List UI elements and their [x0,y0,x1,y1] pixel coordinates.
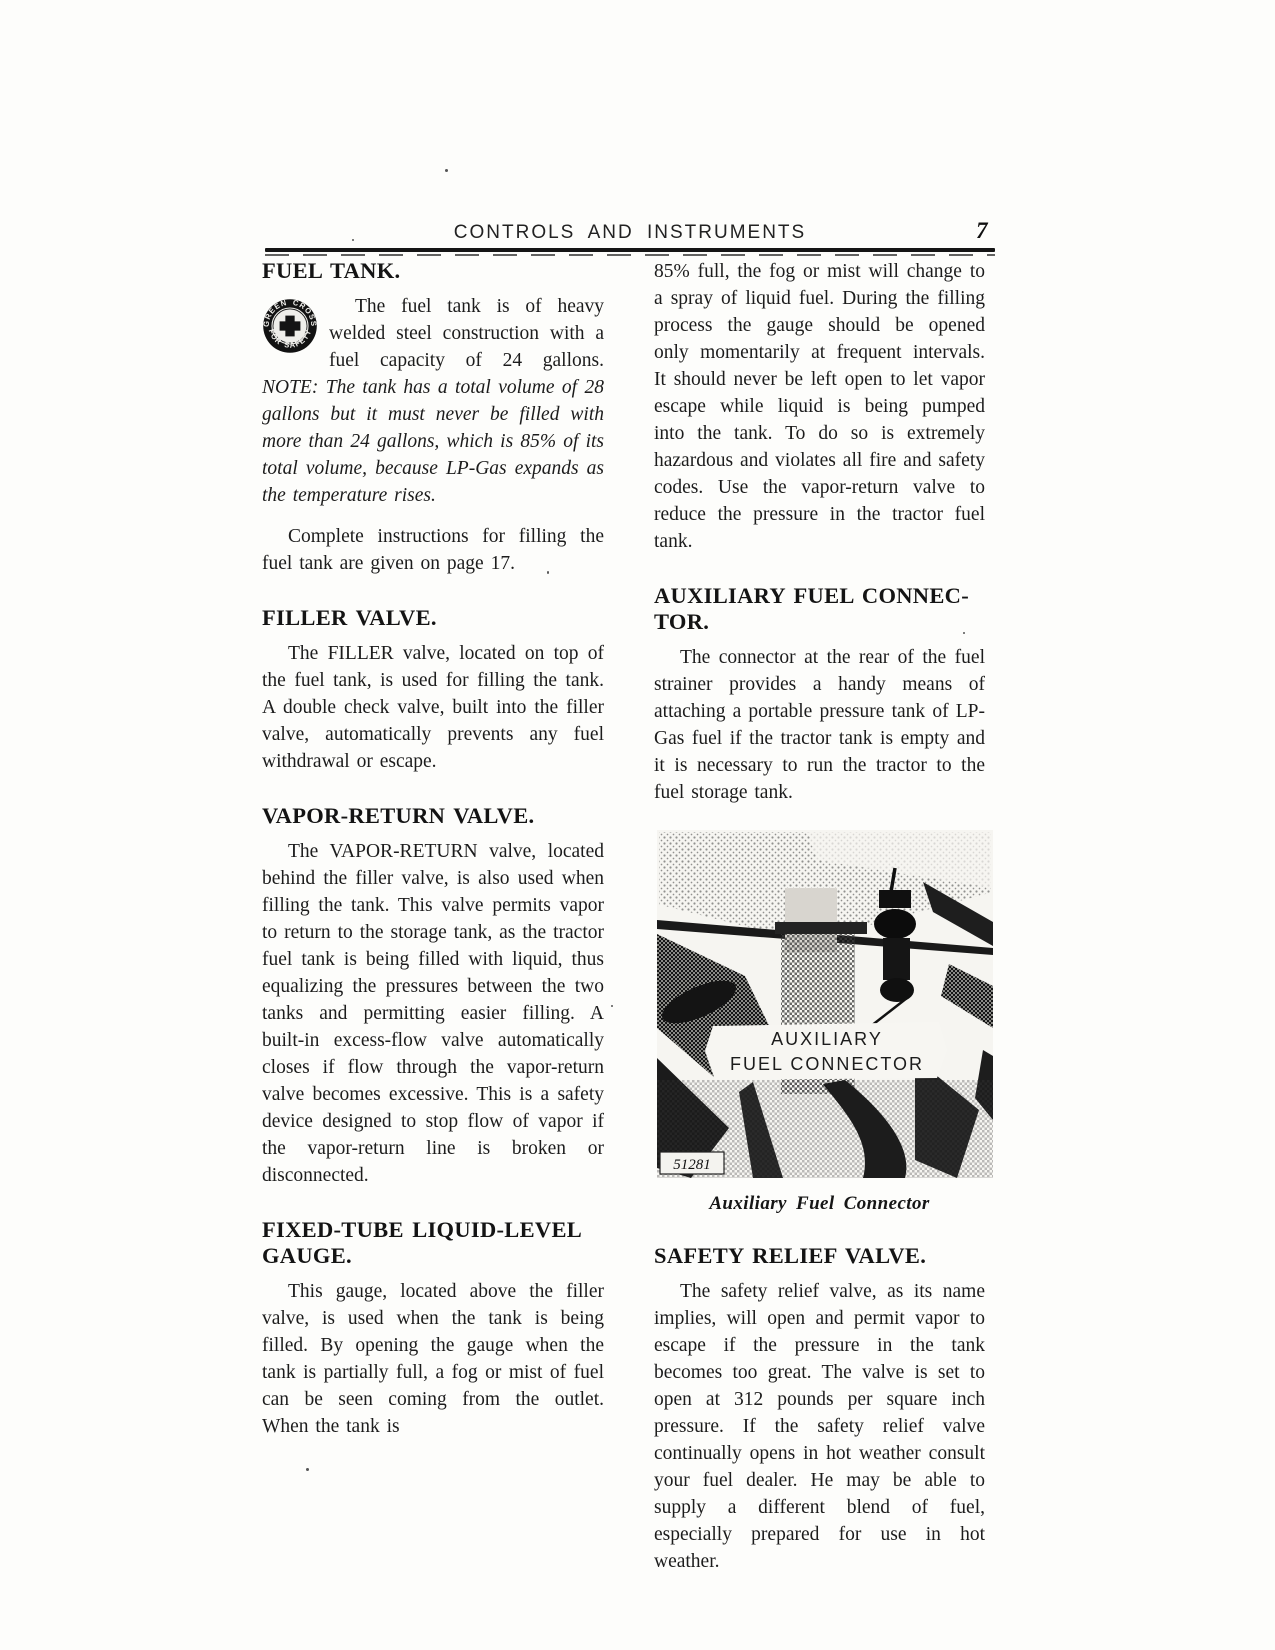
vapor-return-valve-paragraph: The VAPOR-RETURN valve, located behind t… [262,838,604,1189]
scan-speck [963,632,965,634]
fuel-tank-note: NOTE: The tank has a total volume of 28 … [262,377,604,506]
page-number: 7 [976,218,988,244]
heading-line-2: TOR. [654,609,985,635]
heading-line-2: GAUGE. [262,1243,604,1269]
photo-label-line-2: FUEL CONNECTOR [730,1054,924,1074]
header-rule-broken [265,254,995,256]
fuel-tank-text: The fuel tank is of heavy welded steel c… [329,296,604,371]
fuel-tank-paragraph: GREEN CROSS FOR SAFETY The fuel tank is … [262,293,604,509]
scan-speck [445,169,448,172]
heading-line-1: FIXED-TUBE LIQUID-LEVEL [262,1217,604,1243]
auxiliary-fuel-connector-photo: AUXILIARY FUEL CONNECTOR 51281 [657,830,993,1178]
section-heading-filler-valve: FILLER VALVE. [262,605,604,631]
section-heading-vapor-return-valve: VAPOR-RETURN VALVE. [262,803,604,829]
header-rule [265,248,995,252]
section-heading-safety-relief-valve: SAFETY RELIEF VALVE. [654,1243,985,1269]
manual-page: CONTROLS AND INSTRUMENTS 7 FUEL TANK. GR… [0,0,1275,1650]
section-heading-fixed-tube-gauge: FIXED-TUBE LIQUID-LEVEL GAUGE. [262,1217,604,1269]
photo-id: 51281 [673,1157,711,1173]
scan-speck [611,1005,613,1007]
gauge-continuation-paragraph: 85% full, the fog or mist will change to… [654,258,985,555]
photo-caption: Auxiliary Fuel Connector [654,1193,985,1215]
right-column: 85% full, the fog or mist will change to… [654,258,985,1575]
auxiliary-fuel-connector-paragraph: The connector at the rear of the fuel st… [654,644,985,806]
running-title: CONTROLS AND INSTRUMENTS [265,222,995,244]
section-heading-fuel-tank: FUEL TANK. [262,258,604,284]
scan-speck [547,571,549,574]
fixed-tube-gauge-paragraph: This gauge, located above the filler val… [262,1278,604,1440]
filling-instructions-paragraph: Complete instructions for filling the fu… [262,523,604,577]
heading-line-1: AUXILIARY FUEL CONNEC- [654,583,985,609]
left-column: FUEL TANK. GREEN CROSS FOR SAFETY [262,258,604,1440]
section-heading-auxiliary-fuel-connector: AUXILIARY FUEL CONNEC- TOR. [654,583,985,635]
page-header: CONTROLS AND INSTRUMENTS [265,222,995,256]
scan-speck [352,239,354,241]
scan-speck [306,1468,309,1471]
photo-label-line-1: AUXILIARY [771,1029,883,1049]
green-cross-safety-icon: GREEN CROSS FOR SAFETY [262,298,318,354]
filler-valve-paragraph: The FILLER valve, located on top of the … [262,640,604,775]
safety-relief-valve-paragraph: The safety relief valve, as its name imp… [654,1278,985,1575]
